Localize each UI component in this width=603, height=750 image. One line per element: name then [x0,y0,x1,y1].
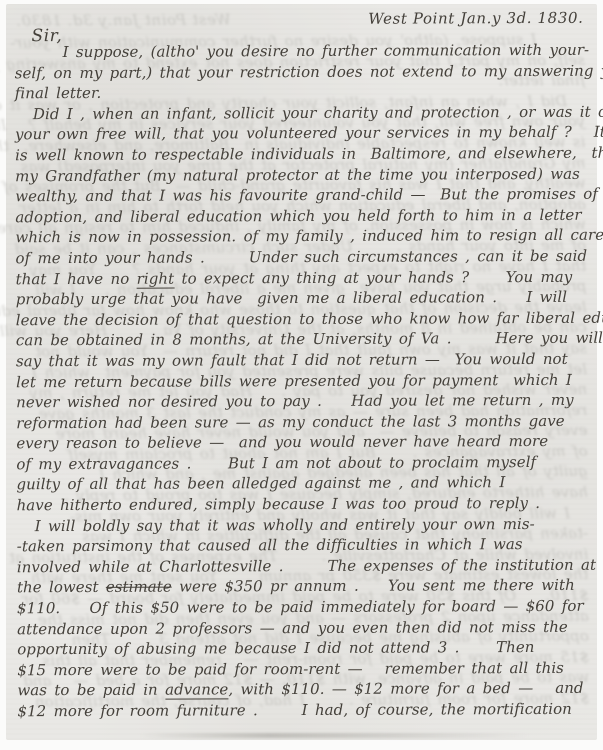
letter-line: was to be paid in advance, with $110. — … [17,678,592,701]
letter-dateline: West Point Jan.y 3d. 1830. [333,9,583,28]
letter-line: self, on my part,) that your restriction… [15,60,590,83]
paper: West Point Jan.y 3d. 1830. I suppose, (a… [6,4,597,740]
letter-line: have hitherto endured, simply because I … [17,493,592,516]
scan-edge-shadow [140,733,530,738]
letter-line: the lowest estimate were $350 pr annum .… [17,575,592,598]
letter-line: every reason to believe — and you would … [16,431,591,454]
letter-line: final letter. [15,81,590,104]
letter-line: probably urge that you have given me a l… [16,287,591,310]
letter-line: involved while at Charlottesville . The … [17,555,592,578]
letter-body: I suppose, (altho' you desire no further… [15,40,593,722]
letter-line: let me return because bills were present… [16,369,591,392]
letter-line: $110. Of this $50 were to be paid immedi… [17,596,592,619]
letter-line: $12 more for room furniture . I had, of … [17,699,592,722]
letter-line: say that it was my own fault that I did … [16,349,591,372]
letter-line: I suppose, (altho' you desire no further… [15,40,590,63]
letter-line: reformation had been sure — as my conduc… [16,410,591,433]
letter-line: that I have no right to expect any thing… [16,266,591,289]
handwriting-layer: West Point Jan.y 3d. 1830. Sir, I suppos… [4,3,598,742]
letter-line: Did I , when an infant, sollicit your ch… [15,102,590,125]
letter-line: of me into your hands . Under such circu… [15,246,590,269]
letter-line: can be obtained in 8 months, at the Univ… [16,328,591,351]
letter-line: my Grandfather (my natural protector at … [15,163,590,186]
letter-line: leave the decision of that question to t… [16,307,591,330]
letter-line: wealthy, and that I was his favourite gr… [15,184,590,207]
letter-line: opportunity of abusing me because I did … [17,637,592,660]
letter-line: is well known to respectable individuals… [15,143,590,166]
letter-line: never wished nor desired you to pay . Ha… [16,390,591,413]
letter-line: of my extravagances . But I am not about… [16,452,591,475]
letter-line: attendance upon 2 professors — and you e… [17,616,592,639]
letter-line: which is now in possession. of my family… [15,225,590,248]
letter-line: your own free will, that you volunteered… [15,122,590,145]
letter-scan: West Point Jan.y 3d. 1830. I suppose, (a… [0,0,603,750]
letter-line: adoption, and liberal education which yo… [15,204,590,227]
letter-line: guilty of all that has been alledged aga… [16,472,591,495]
letter-line: I will boldly say that it was wholly and… [17,513,592,536]
letter-line: $15 more were to be paid for room-rent —… [17,658,592,681]
letter-line: -taken parsimony that caused all the dif… [17,534,592,557]
